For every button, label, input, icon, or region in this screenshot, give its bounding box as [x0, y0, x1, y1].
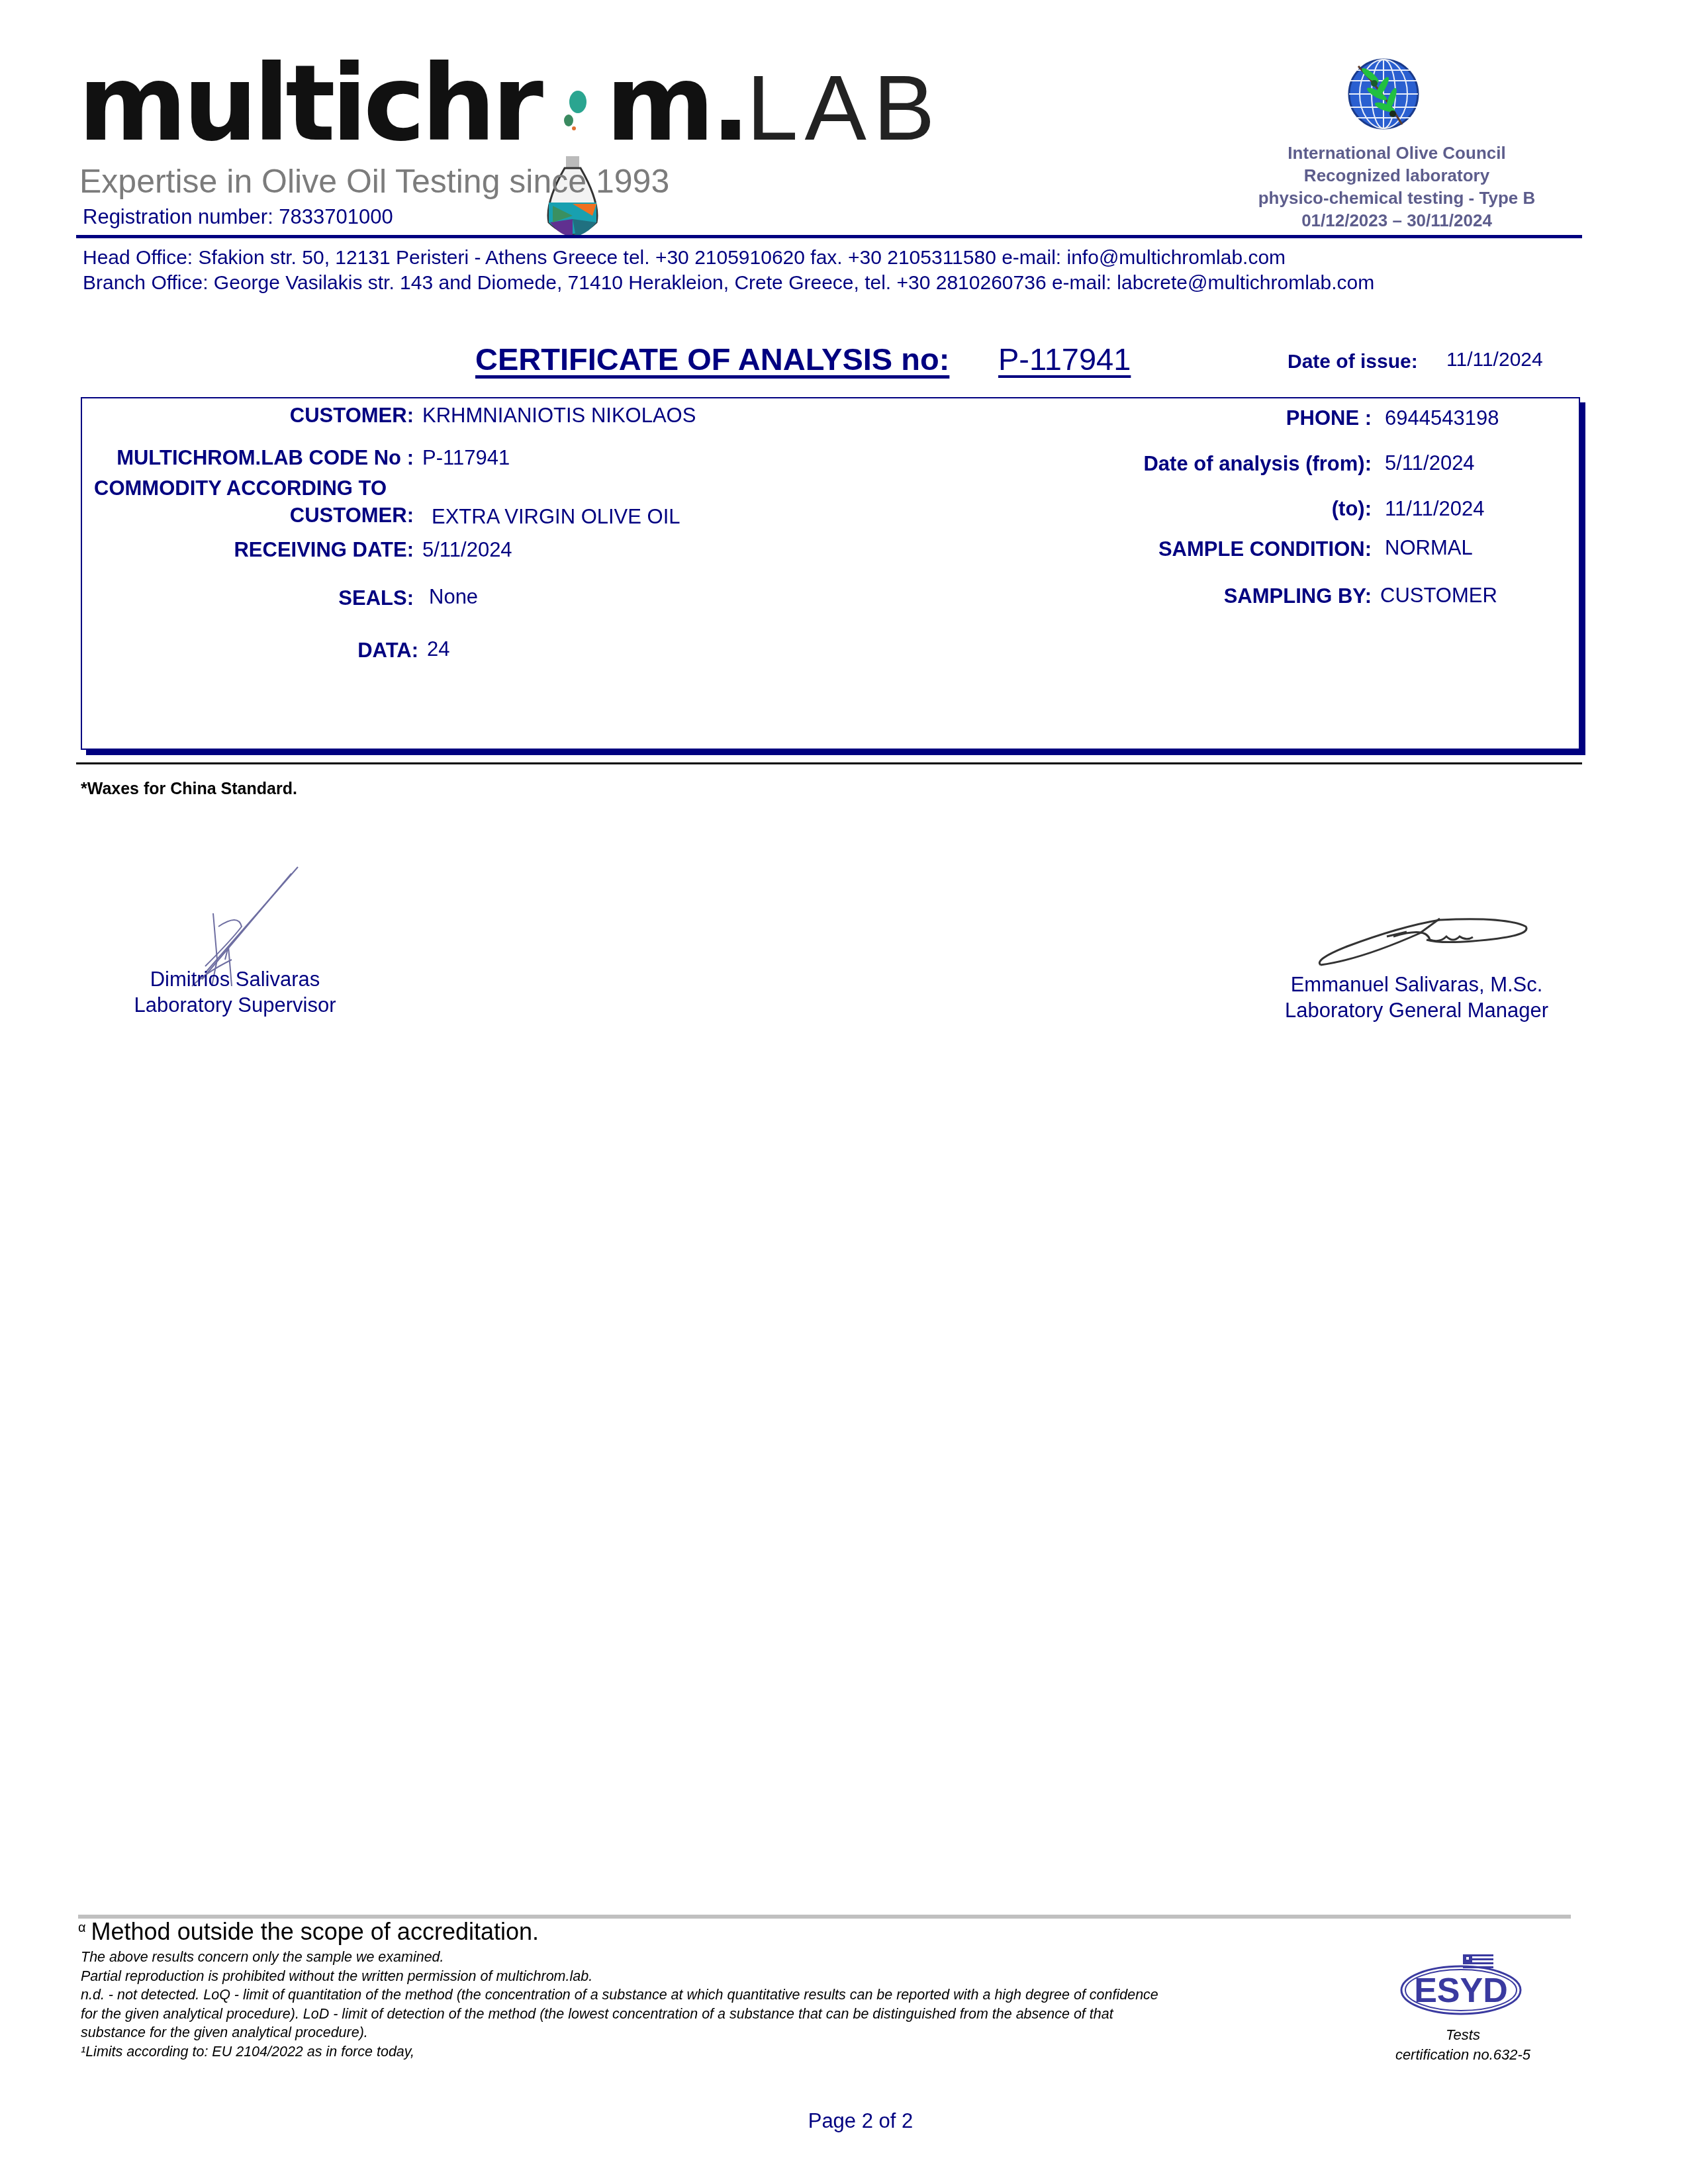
info-box-divider: [76, 762, 1582, 764]
manager-signature-block: Emmanuel Salivaras, M.Sc. Laboratory Gen…: [1244, 972, 1589, 1023]
supervisor-role: Laboratory Supervisor: [79, 992, 391, 1018]
sample-condition-label: SAMPLE CONDITION:: [993, 537, 1372, 561]
supervisor-name: Dimitrios Salivaras: [79, 966, 391, 992]
disclaimer-line: substance for the given analytical proce…: [81, 2023, 1372, 2042]
supervisor-signature-block: Dimitrios Salivaras Laboratory Superviso…: [79, 966, 391, 1018]
sample-condition-value: NORMAL: [1385, 536, 1473, 560]
ioc-recognition: International Olive Council Recognized l…: [1211, 142, 1582, 232]
branch-office-address: Branch Office: George Vasilakis str. 143…: [83, 272, 1374, 295]
manager-signature-icon: [1307, 907, 1546, 973]
ioc-line: Recognized laboratory: [1211, 164, 1582, 187]
ioc-line: International Olive Council: [1211, 142, 1582, 164]
certificate-title: CERTIFICATE OF ANALYSIS no:: [475, 341, 949, 377]
lab-code-value: P-117941: [422, 446, 510, 470]
registration-number: Registration number: 7833701000: [83, 205, 393, 229]
phone-label: PHONE :: [993, 406, 1372, 430]
ioc-line: physico-chemical testing - Type B: [1211, 187, 1582, 209]
manager-role: Laboratory General Manager: [1244, 997, 1589, 1023]
date-of-issue-value: 11/11/2024: [1446, 349, 1543, 371]
seals-value: None: [429, 585, 478, 609]
head-office-address: Head Office: Sfakion str. 50, 12131 Peri…: [83, 247, 1286, 269]
esyd-line-certification: certification no.632-5: [1364, 2045, 1562, 2065]
svg-text:ESYD: ESYD: [1414, 1972, 1508, 2010]
disclaimer-line: Partial reproduction is prohibited witho…: [81, 1967, 1372, 1986]
sampling-by-value: CUSTOMER: [1380, 584, 1497, 608]
data-value: 24: [427, 637, 449, 661]
customer-label: CUSTOMER:: [81, 404, 414, 428]
esyd-accreditation-logo-icon: ESYD: [1397, 1949, 1526, 2015]
disclaimer-line: The above results concern only the sampl…: [81, 1948, 1372, 1967]
receiving-date-label: RECEIVING DATE:: [81, 538, 414, 562]
date-of-issue-label: Date of issue:: [1288, 351, 1418, 373]
sampling-by-label: SAMPLING BY:: [993, 584, 1372, 608]
accreditation-note: αMethod outside the scope of accreditati…: [78, 1918, 539, 1946]
customer-value: KRHMNIANIOTIS NIKOLAOS: [422, 404, 696, 428]
analysis-to-label: (to):: [993, 497, 1372, 521]
ioc-line: 01/12/2023 – 30/11/2024: [1211, 209, 1582, 232]
disclaimer-line: n.d. - not detected. LoQ - limit of quan…: [81, 1985, 1372, 2005]
accreditation-text: Method outside the scope of accreditatio…: [91, 1918, 539, 1945]
analysis-from-value: 5/11/2024: [1385, 451, 1475, 475]
analysis-from-label: Date of analysis (from):: [993, 452, 1372, 476]
alpha-marker: α: [78, 1921, 86, 1935]
esyd-certification: Tests certification no.632-5: [1364, 2025, 1562, 2065]
logo-text-main: multichr: [78, 52, 539, 156]
receiving-date-value: 5/11/2024: [422, 538, 512, 562]
data-label: DATA:: [81, 639, 418, 662]
page-number: Page 2 of 2: [662, 2109, 1059, 2133]
commodity-value: EXTRA VIRGIN OLIVE OIL: [432, 505, 680, 529]
logo-text-m: m.: [606, 52, 747, 156]
ioc-globe-olive-branch-icon: [1344, 53, 1423, 132]
seals-label: SEALS:: [81, 586, 414, 610]
commodity-label: CUSTOMER:: [81, 504, 414, 527]
disclaimer-line: ¹Limits according to: EU 2104/2022 as in…: [81, 2042, 1372, 2062]
certificate-number: P-117941: [998, 341, 1131, 377]
logo-text-lab: LAB: [747, 62, 942, 154]
manager-name: Emmanuel Salivaras, M.Sc.: [1244, 972, 1589, 997]
analysis-to-value: 11/11/2024: [1385, 497, 1485, 521]
commodity-label-line1: COMMODITY ACCORDING TO: [94, 477, 387, 500]
footer-disclaimer: The above results concern only the sampl…: [81, 1948, 1372, 2061]
phone-value: 6944543198: [1385, 406, 1499, 430]
disclaimer-line: for the given analytical procedure). LoD…: [81, 2005, 1372, 2024]
tagline: Expertise in Olive Oil Testing since 199…: [79, 162, 669, 201]
header-divider: [76, 235, 1582, 238]
waxes-note: *Waxes for China Standard.: [81, 780, 297, 799]
esyd-line-tests: Tests: [1364, 2025, 1562, 2045]
lab-code-label: MULTICHROM.LAB CODE No :: [81, 446, 414, 470]
multichrom-lab-logo: multichr m.LAB: [78, 52, 941, 164]
